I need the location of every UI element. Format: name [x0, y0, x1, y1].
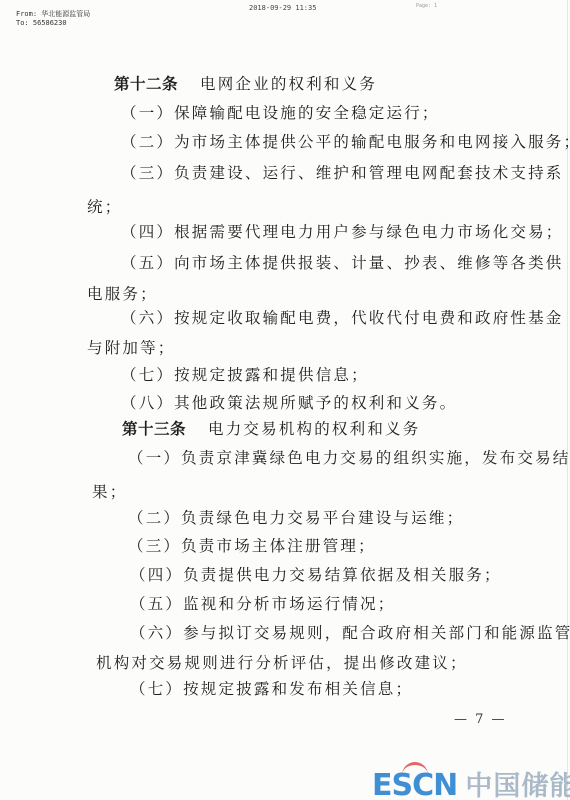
page-number: — 7 —: [454, 712, 507, 727]
article-13-number: 第十三条: [122, 420, 186, 438]
article-12-item-1: （一）保障输配电设施的安全稳定运行；: [121, 103, 440, 123]
scan-edge: [567, 0, 568, 800]
logo-arc-icon: [402, 762, 428, 779]
fax-from: From: 华北能源监管局: [16, 9, 90, 19]
article-12-item-5-cont: 电服务；: [87, 284, 158, 304]
article-12-item-4: （四）根据需要代理电力用户参与绿色电力市场化交易；: [121, 222, 564, 242]
article-12-item-6-cont: 与附加等；: [87, 338, 176, 358]
article-12-heading: 第十二条电网企业的权利和义务: [114, 74, 377, 94]
fax-to: To: 56586230: [16, 19, 67, 27]
fax-page-label: Page: 1: [416, 3, 437, 9]
article-13-item-1: （一）负责京津冀绿色电力交易的组织实施，发布交易结: [128, 448, 570, 468]
escn-watermark: ESCN 中国储能网: [372, 764, 570, 796]
fax-header: From: 华北能源监管局 To: 56586230 2018-09-29 11…: [0, 0, 570, 30]
article-13-title: 电力交易机构的权利和义务: [208, 420, 420, 438]
fax-datetime: 2018-09-29 11:35: [249, 4, 316, 12]
article-12-title: 电网企业的权利和义务: [200, 75, 377, 93]
article-13-item-5: （五）监视和分析市场运行情况；: [130, 594, 396, 614]
article-12-item-5: （五）向市场主体提供报装、计量、抄表、维修等各类供: [121, 253, 564, 273]
article-12-item-3-cont: 统；: [87, 197, 122, 217]
article-12-item-8: （八）其他政策法规所赋予的权利和义务。: [121, 393, 457, 413]
article-13-item-6: （六）参与拟订交易规则，配合政府相关部门和能源监管: [130, 623, 570, 643]
escn-cn-text: 中国储能网: [465, 771, 570, 800]
article-12-item-2: （二）为市场主体提供公平的输配电服务和电网接入服务；: [121, 132, 570, 152]
article-13-heading: 第十三条电力交易机构的权利和义务: [122, 419, 420, 439]
article-12-item-6: （六）按规定收取输配电费，代收代付电费和政府性基金: [121, 308, 564, 328]
article-13-item-1-cont: 果；: [92, 482, 127, 502]
article-12-number: 第十二条: [114, 75, 178, 93]
article-12-item-7: （七）按规定披露和提供信息；: [121, 365, 369, 385]
article-13-item-7: （七）按规定披露和发布相关信息；: [130, 679, 413, 699]
article-13-item-6-cont: 机构对交易规则进行分析评估，提出修改建议；: [96, 653, 468, 673]
article-13-item-4: （四）负责提供电力交易结算依据及相关服务；: [130, 565, 502, 585]
article-13-item-2: （二）负责绿色电力交易平台建设与运维；: [128, 508, 464, 528]
article-12-item-3: （三）负责建设、运行、维护和管理电网配套技术支持系: [121, 163, 564, 183]
article-13-item-3: （三）负责市场主体注册管理；: [128, 536, 376, 556]
